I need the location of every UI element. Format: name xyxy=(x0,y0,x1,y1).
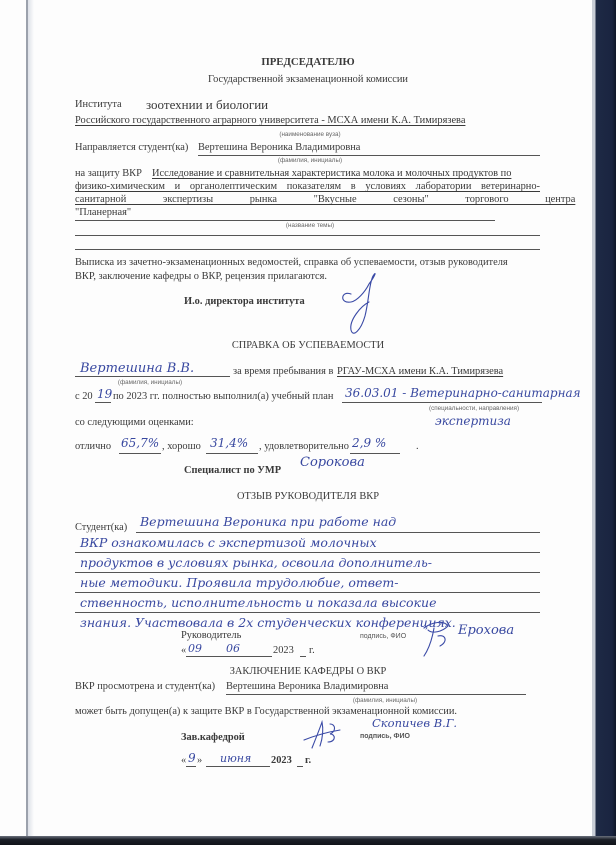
review-line-2: ВКР ознакомилась с экспертизой молочных xyxy=(80,535,377,550)
review-line-5: ственность, исполнительность и показала … xyxy=(80,595,436,610)
scan-right-border xyxy=(592,0,616,845)
topic-line-3: санитарной экспертизы рынка "Вкусные сез… xyxy=(75,194,540,205)
university-caption: (наименование вуза) xyxy=(200,131,420,138)
topic-label: на защиту ВКР xyxy=(75,168,142,179)
review-date-year: 2023 xyxy=(273,645,294,656)
performance-title: СПРАВКА ОБ УСПЕВАЕМОСТИ xyxy=(0,340,616,351)
topic-line-4: "Планерная" xyxy=(75,207,131,218)
document-subtitle: Государственной экзаменационной комиссии xyxy=(0,74,616,85)
review-date-open: « xyxy=(181,645,186,656)
review-line-4: ные методики. Проявила трудолюбие, ответ… xyxy=(80,575,398,590)
performance-student-handwritten: Вертешина В.В. xyxy=(80,361,194,376)
university-name: Российского государственного аграрного у… xyxy=(75,115,465,126)
supervisor-signature-caption: подпись, ФИО xyxy=(360,633,406,640)
stay-text: за время пребывания в xyxy=(233,366,333,377)
institute-value: зоотехнии и биологии xyxy=(146,97,268,113)
university-short: РГАУ-МСХА имени К.А. Тимирязева xyxy=(337,366,503,377)
conclusion-date-open: « xyxy=(181,755,186,766)
specialist-label: Специалист по УМР xyxy=(184,465,281,476)
satisfactory-label: , удовлетворительно xyxy=(259,441,349,452)
supervisor-signature-icon xyxy=(418,618,458,660)
satisfactory-value: 2,9 % xyxy=(352,436,386,450)
review-title: ОТЗЫВ РУКОВОДИТЕЛЯ ВКР xyxy=(0,491,616,502)
topic-line-2: физико-химическим и органолептическим по… xyxy=(75,181,540,192)
good-value: 31,4% xyxy=(210,436,248,450)
student-label: Направляется студент(ка) xyxy=(75,142,188,153)
performance-student-caption: (фамилия, инициалы) xyxy=(100,379,200,386)
topic-line-1: Исследование и сравнительная характерист… xyxy=(152,168,540,179)
conclusion-reviewed-label: ВКР просмотрена и студент(ка) xyxy=(75,681,215,692)
plan-caption: (специальности, направления) xyxy=(429,405,519,412)
period-suffix: по 2023 гг. полностью выполнил(а) учебны… xyxy=(113,391,333,402)
supervisor-label: Руководитель xyxy=(181,630,241,641)
scan-bottom-border xyxy=(0,836,616,845)
grades-label: со следующими оценками: xyxy=(75,417,194,428)
director-label: И.о. директора института xyxy=(184,296,305,307)
supervisor-signature: Ерохова xyxy=(458,623,514,638)
excellent-value: 65,7% xyxy=(121,436,159,450)
start-year-handwritten: 19 xyxy=(97,387,112,401)
plan-handwritten-2: экспертиза xyxy=(435,414,511,428)
review-line-6: знания. Участвовала в 2х студенческих ко… xyxy=(80,615,456,630)
head-signature-icon xyxy=(300,718,344,752)
conclusion-title: ЗАКЛЮЧЕНИЕ КАФЕДРЫ О ВКР xyxy=(0,666,616,677)
student-name: Вертешина Вероника Владимировна xyxy=(198,142,360,153)
institute-label: Института xyxy=(75,99,122,110)
review-line-1: Вертешина Вероника при работе над xyxy=(140,514,396,529)
attachments-text-1: Выписка из зачетно-экзаменационных ведом… xyxy=(75,257,508,268)
student-caption: (фамилия, инициалы) xyxy=(220,157,400,164)
review-line-3: продуктов в условиях рынка, освоила допо… xyxy=(80,555,432,570)
conclusion-date-suffix: г. xyxy=(305,755,311,766)
grades-end-dot: . xyxy=(416,441,419,452)
good-label: , хорошо xyxy=(162,441,201,452)
conclusion-date-month: июня xyxy=(220,752,251,765)
director-signature-icon xyxy=(335,272,385,342)
conclusion-student-caption: (фамилия, инициалы) xyxy=(330,697,440,704)
conclusion-student-name: Вертешина Вероника Владимировна xyxy=(226,681,388,692)
topic-caption: (название темы) xyxy=(200,222,420,229)
head-signature: Скопичев В.Г. xyxy=(372,716,457,730)
review-student-label: Студент(ка) xyxy=(75,522,127,533)
period-prefix: с 20 xyxy=(75,391,93,402)
scan-left-shadow xyxy=(28,0,34,838)
attachments-text-2: ВКР, заключение кафедры о ВКР, рецензия … xyxy=(75,271,327,282)
conclusion-date-year: 2023 xyxy=(271,755,292,766)
review-date-suffix: г. xyxy=(309,645,315,656)
document-title: ПРЕДСЕДАТЕЛЮ xyxy=(0,56,616,68)
excellent-label: отлично xyxy=(75,441,111,452)
specialist-signature: Сорокова xyxy=(300,455,365,470)
plan-handwritten: 36.03.01 - Ветеринарно-санитарная xyxy=(345,386,581,400)
conclusion-date-close: » xyxy=(197,755,202,766)
conclusion-date-day: 9 xyxy=(188,751,196,765)
head-label: Зав.кафедрой xyxy=(181,732,245,743)
review-date-month: 06 xyxy=(226,642,240,655)
review-date-day: 09 xyxy=(188,642,202,655)
head-signature-caption: подпись, ФИО xyxy=(360,733,410,740)
